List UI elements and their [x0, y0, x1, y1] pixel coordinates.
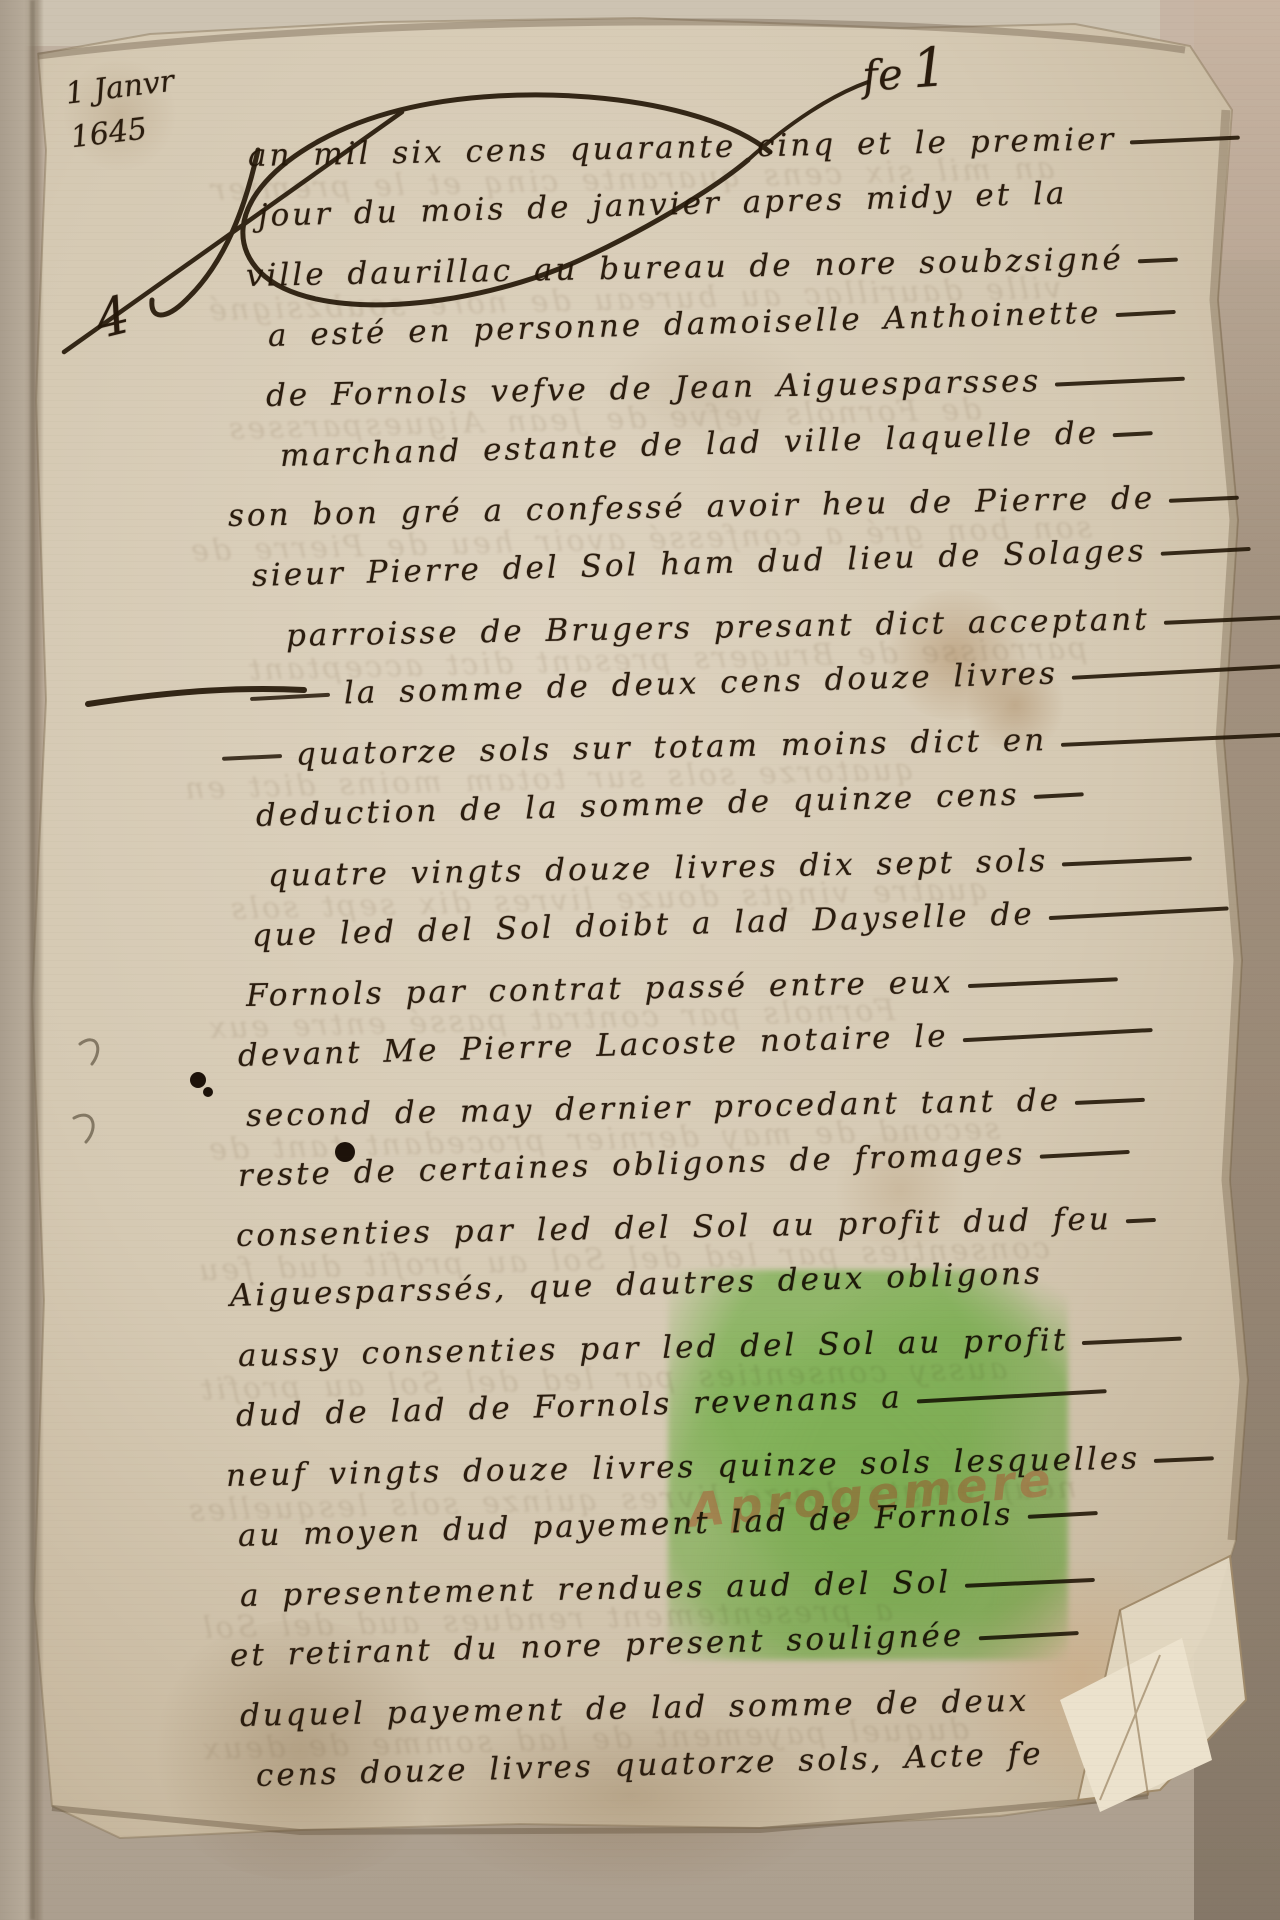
ink-blots — [190, 1072, 355, 1162]
underline-sweep — [88, 689, 304, 704]
ink-flourish-layer — [0, 0, 1280, 1920]
opening-paraph-loop — [243, 95, 770, 305]
crumpled-corner — [1060, 1556, 1246, 1812]
manuscript-photo: Aprogemere an mil six cens quarante cinq… — [0, 0, 1280, 1920]
margin-scribble — [74, 1040, 98, 1142]
